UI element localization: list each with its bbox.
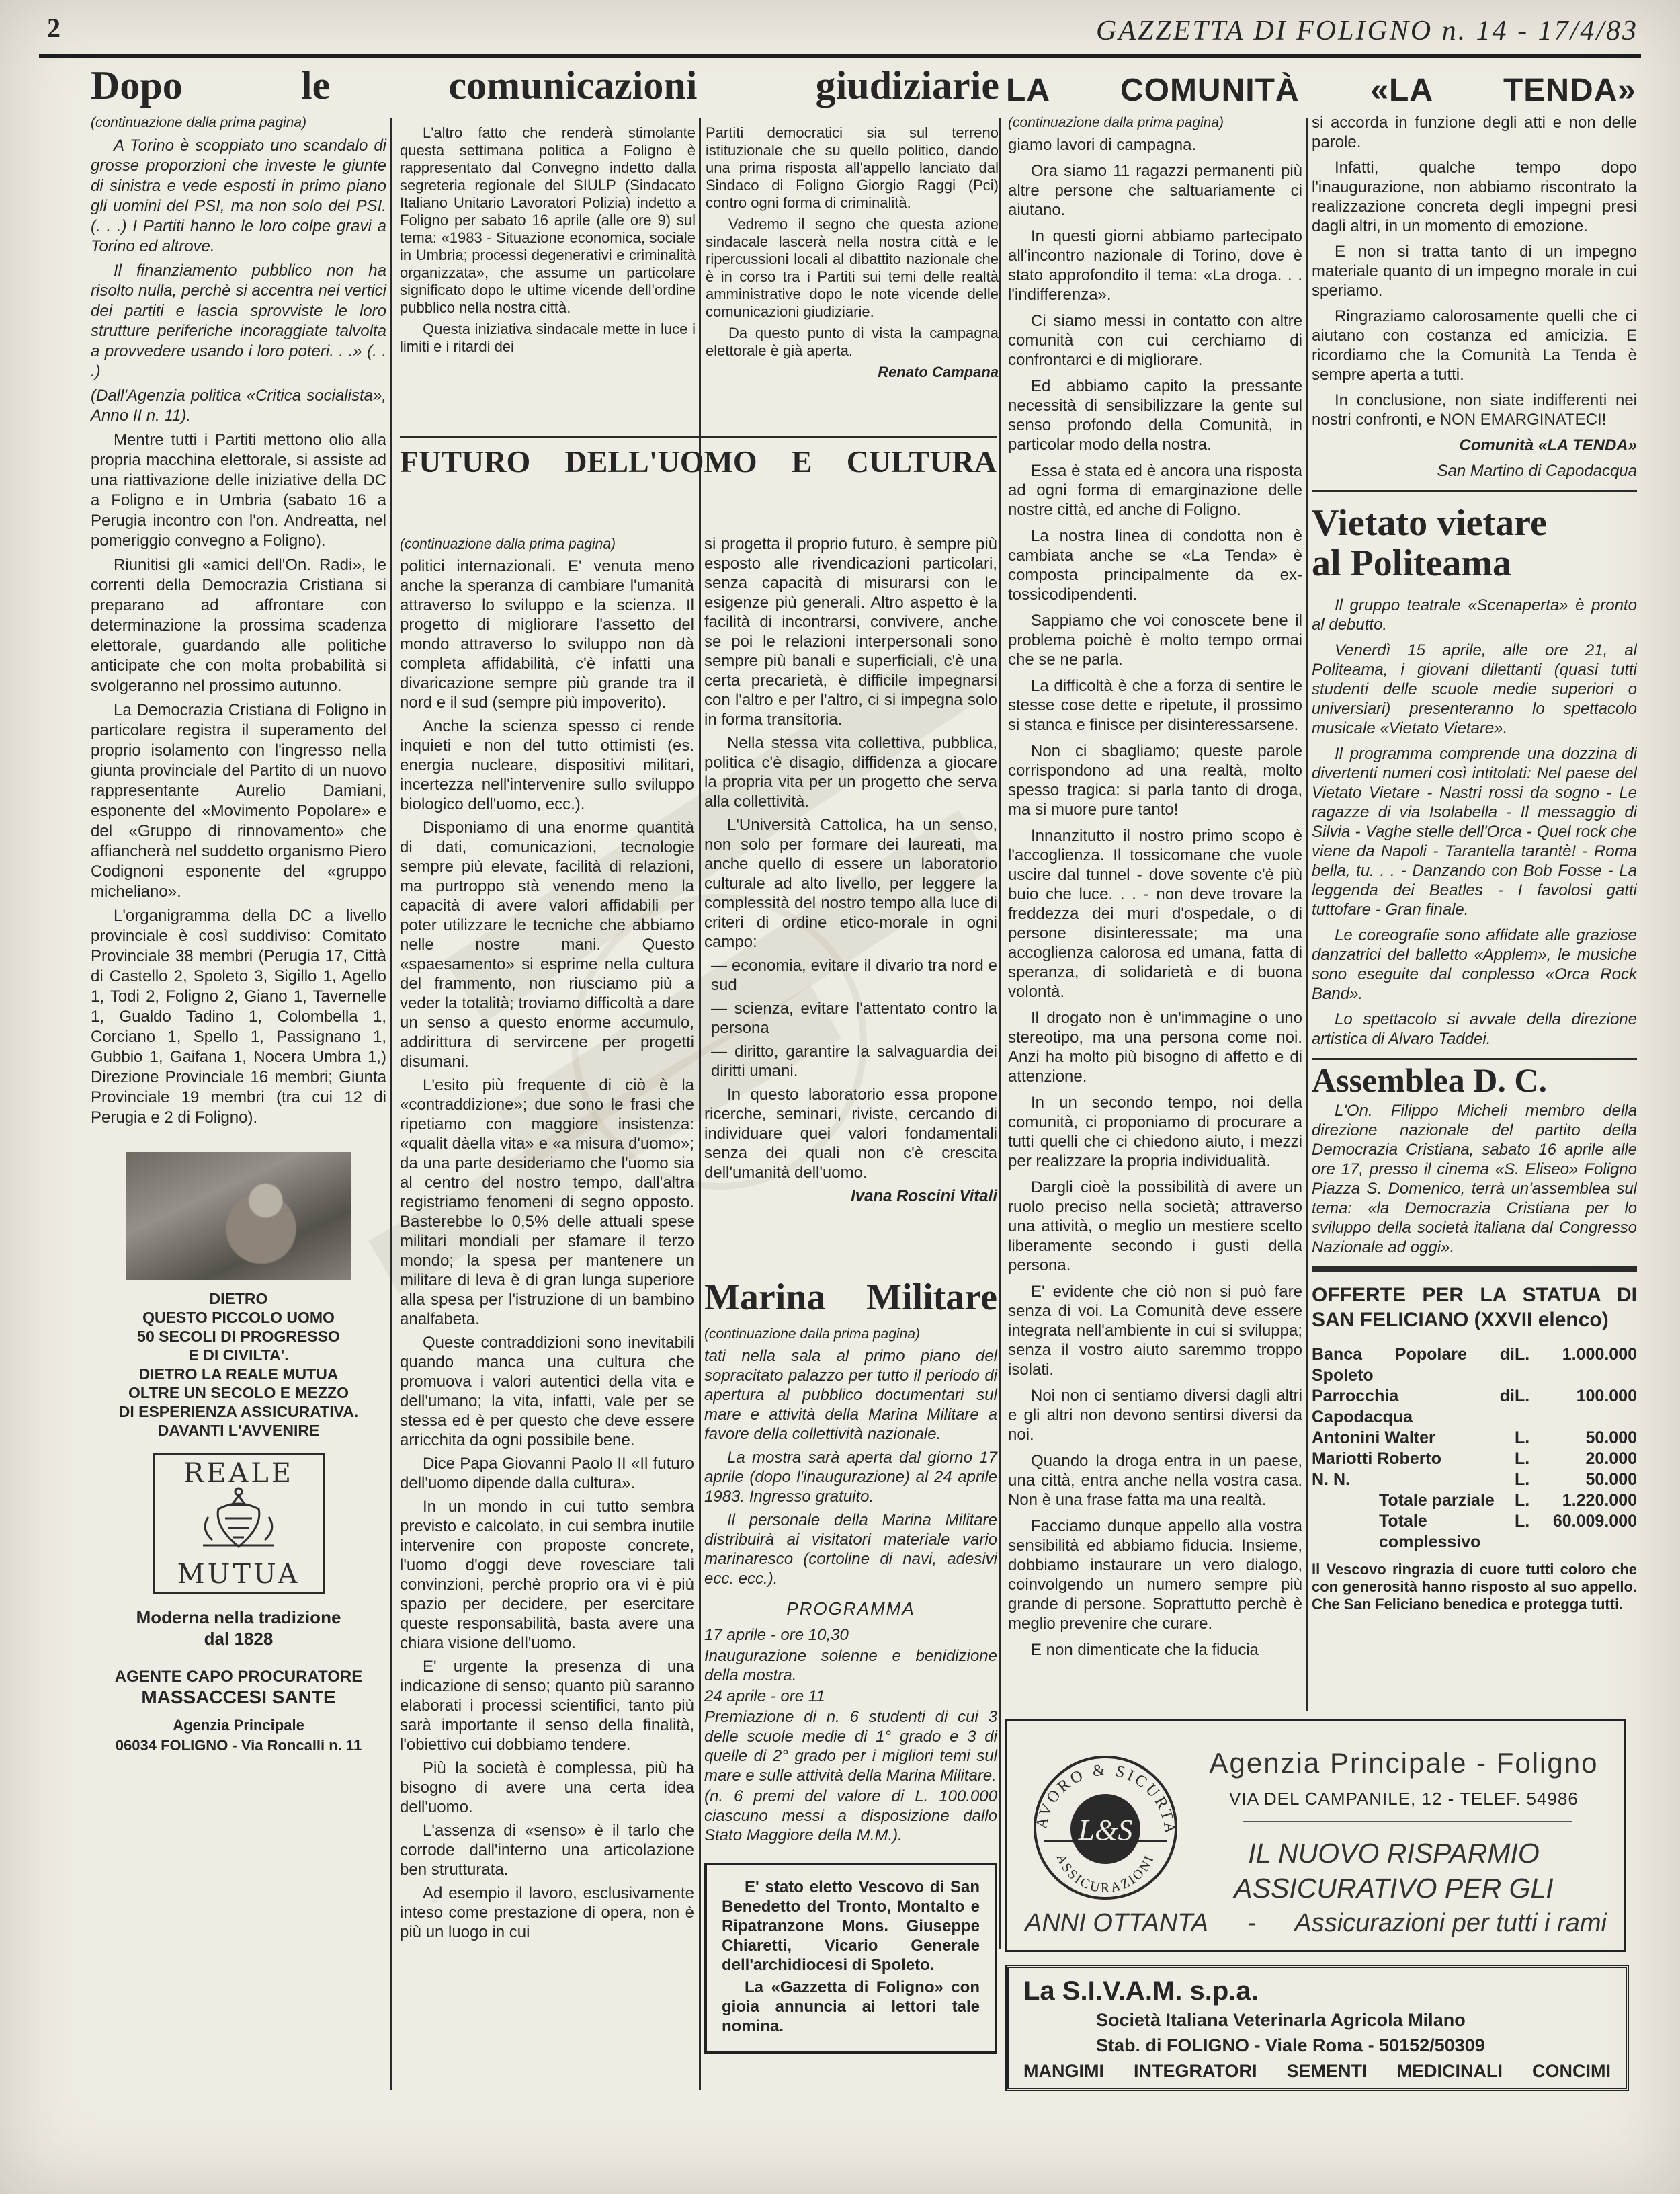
vescovo-announcement-box: E' stato eletto Vescovo di San Benedetto… [704,1863,997,2054]
paragraph: In un mondo in cui tutto sembra previsto… [400,1497,694,1653]
article-body: tati nella sala al primo piano del sopra… [704,1346,997,1588]
ls-agency-address: VIA DEL CAMPANILE, 12 - TELEF. 54986 [1202,1789,1605,1810]
paragraph: E' evidente che ciò non si può fare senz… [1008,1282,1302,1379]
section-rule [1312,1058,1637,1060]
paragraph: L'Università Cattolica, ha un senso, non… [704,815,997,952]
paragraph: si accorda in funzione degli atti e non … [1312,113,1637,152]
paragraph: Anche la scienza spesso ci rende inquiet… [400,717,694,814]
paragraph: — economia, evitare il divario tra nord … [704,956,997,995]
ls-slogan-line: ASSICURATIVO PER GLI [1175,1871,1612,1906]
paragraph: Nella stessa vita collettiva, pubblica, … [704,733,997,811]
sivam-product: CONCIMI [1532,2061,1611,2082]
ls-slogan-line: IL NUOVO RISPARMIO [1175,1836,1612,1871]
reale-wordmark: REALE [161,1463,316,1484]
paragraph: E non si tratta tanto di un impegno mate… [1312,242,1637,300]
masthead: GAZZETTA DI FOLIGNO n. 14 - 17/4/83 [1096,15,1638,47]
ls-bottom-left: ANNI OTTANTA [1025,1909,1208,1938]
paragraph: Più la società è complessa, più ha bisog… [400,1758,694,1817]
amount: 20.000 [1546,1449,1637,1469]
reale-crest-icon [188,1486,289,1556]
mutua-wordmark: MUTUA [161,1564,316,1584]
paragraph: (Dall'Agenzia politica «Critica socialis… [91,386,386,426]
column-divider [390,118,392,2090]
section-rule-futuro [400,436,997,438]
paragraph: L'On. Filippo Micheli membro della direz… [1312,1101,1637,1257]
programma-line: 24 aprile - ore 11 [704,1687,997,1706]
paragraph: Mentre tutti i Partiti mettono olio alla… [91,430,386,551]
paragraph: La Democrazia Cristiana di Foligno in pa… [91,700,386,902]
paragraph: Ci siamo messi in contatto con altre com… [1008,311,1302,370]
paragraph: Noi non ci sentiamo diversi dagli altri … [1008,1386,1302,1445]
continuation-note: (continuazione dalla prima pagina) [1008,113,1302,132]
headline-futuro: FUTURO DELL'UOMO E CULTURA [400,444,997,479]
ad-copy-line: DI ESPERIENZA ASSICURATIVA. [91,1402,386,1421]
amount: 100.000 [1546,1386,1637,1428]
paragraph: Disponiamo di una enorme quantità di dat… [400,818,694,1071]
paragraph: Innanzitutto il nostro primo scopo è l'a… [1008,826,1302,1002]
programma-line: Inaugurazione solenne e benidizione dell… [704,1646,997,1685]
paragraph: La nostra linea di condotta non è cambia… [1008,526,1302,604]
currency: L. [1515,1428,1546,1449]
offerte-row: Antonini Walter L. 50.000 [1312,1428,1637,1449]
paragraph: In un secondo tempo, noi della comunità,… [1008,1093,1302,1171]
sivam-product: MANGIMI [1023,2061,1104,2082]
paragraph: Lo spettacolo si avvale della direzione … [1312,1010,1637,1049]
column-divider [1306,118,1308,1711]
paragraph: Comunità «LA TENDA» [1312,436,1637,455]
article-futuro-right: si progetta il proprio futuro, è sempre … [704,534,997,1210]
paragraph: La difficoltà è che a forza di sentire l… [1008,676,1302,735]
section-rule [1312,490,1637,492]
paragraph: Ora siamo 11 ragazzi permanenti più altr… [1008,161,1302,220]
currency: L. [1515,1490,1546,1511]
programma-heading: PROGRAMMA [704,1599,997,1619]
paragraph: Venerdì 15 aprile, alle ore 21, al Polit… [1312,641,1637,738]
column-divider [999,118,1001,1949]
paragraph: Ed abbiamo capito la pressante necessità… [1008,376,1302,454]
paragraph: Il drogato non è un'immagine o uno stere… [1008,1008,1302,1086]
paragraph: Il gruppo teatrale «Scenaperta» è pronto… [1312,596,1637,635]
article-giudiziarie-col3: Partiti democratici sia sul terreno isti… [706,124,999,385]
child-photo [126,1152,351,1280]
offerte-note: Il Vescovo ringrazia di cuore tutti colo… [1312,1561,1637,1613]
reale-mutua-logo-box: REALE MUTUA [153,1453,325,1594]
paragraph: Facciamo dunque appello alla vostra sens… [1008,1516,1302,1633]
ls-monogram: L&S [1078,1814,1133,1846]
paragraph: Sappiamo che voi conoscete bene il probl… [1008,611,1302,669]
paragraph: A Torino è scoppiato uno scandalo di gro… [91,136,386,257]
article-assemblea-body: L'On. Filippo Micheli membro della direz… [1312,1101,1637,1257]
headline-line: al Politeama [1312,543,1637,583]
ls-logo-icon: LAVORO & SICURTA' ASSICURAZIONI L&S [1025,1740,1186,1915]
currency: L. [1515,1469,1546,1490]
offerte-title: OFFERTE PER LA STATUA DI SAN FELICIANO (… [1312,1283,1637,1332]
continuation-note: (continuazione dalla prima pagina) [400,534,694,554]
paragraph: Ad esempio il lavoro, esclusivamente int… [400,1883,694,1942]
sivam-product: INTEGRATORI [1134,2061,1257,2082]
offerte-table: Banca Popolare di Spoleto L. 1.000.000 P… [1312,1344,1637,1553]
article-body: si progetta il proprio futuro, è sempre … [704,534,997,1206]
paragraph: Renato Campana [706,364,999,381]
section-rule-thick [1312,1266,1637,1272]
headline-giudiziarie: Dopo le comunicazioni giudiziarie [91,62,999,109]
paragraph: Queste contraddizioni sono inevitabili q… [400,1333,694,1450]
paragraph: politici internazionali. E' venuta meno … [400,557,694,713]
paragraph: L'esito più frequente di ciò è la «contr… [400,1075,694,1329]
paragraph: Dargli cioè la possibilità di avere un r… [1008,1178,1302,1275]
amount: 50.000 [1546,1428,1637,1449]
article-body: A Torino è scoppiato uno scandalo di gro… [91,136,386,1128]
amount: 1.000.000 [1546,1344,1637,1386]
donor-name: Antonini Walter [1312,1428,1515,1449]
donor-name: Totale parziale [1312,1490,1515,1511]
amount: 1.220.000 [1546,1490,1637,1511]
paragraph: Ivana Roscini Vitali [704,1186,997,1206]
paragraph: Vedremo il segno che questa azione sinda… [706,216,999,321]
ad-copy-line: E DI CIVILTA'. [91,1346,386,1365]
ad-copy-line: DAVANTI L'AVVENIRE [91,1421,386,1440]
sivam-products: MANGIMIINTEGRATORISEMENTIMEDICINALICONCI… [1023,2061,1611,2082]
article-tenda-col1: (continuazione dalla prima pagina) giamo… [1008,113,1302,1713]
headline-vietato: Vietato vietare al Politeama [1312,503,1637,583]
offerte-row: N. N. L. 50.000 [1312,1469,1637,1490]
paragraph: Riunitisi gli «amici dell'On. Radi», le … [91,555,386,696]
ls-bottom-right: Assicurazioni per tutti i rami [1294,1909,1607,1938]
currency: L. [1515,1386,1546,1428]
offerte-row: Totale parziale L. 1.220.000 [1312,1490,1637,1511]
ls-divider [1243,1821,1572,1822]
lavoro-sicurta-ad: LAVORO & SICURTA' ASSICURAZIONI L&S Agen… [1005,1719,1626,1952]
programma-line: (n. 6 premi del valore di L. 100.000 cia… [704,1787,997,1845]
paragraph: In questo laboratorio essa propone ricer… [704,1085,997,1182]
agency-address: 06034 FOLIGNO - Via Roncalli n. 11 [91,1736,386,1756]
paragraph: In conclusione, non siate indifferenti n… [1312,391,1637,430]
currency: L. [1515,1511,1546,1553]
header-rule [39,54,1641,58]
paragraph: Da questo punto di vista la campagna ele… [706,325,999,360]
paragraph: Dice Papa Giovanni Paolo II «Il futuro d… [400,1454,694,1493]
headline-tenda: LA COMUNITÀ «LA TENDA» [1006,73,1636,109]
paragraph: giamo lavori di campagna. [1008,135,1302,155]
ad-copy-line: DIETRO [91,1289,386,1308]
sivam-ad: La S.I.V.A.M. s.p.a. Società Italiana Ve… [1005,1965,1629,2091]
ad-copy-line: 50 SECOLI DI PROGRESSO [91,1327,386,1346]
paragraph: Questa iniziativa sindacale mette in luc… [400,321,696,356]
ad-copy-line: DIETRO LA REALE MUTUA [91,1365,386,1383]
continuation-note: (continuazione dalla prima pagina) [91,113,386,133]
agent-role: AGENTE CAPO PROCURATORE [91,1667,386,1687]
reale-mutua-ad: DIETROQUESTO PICCOLO UOMO50 SECOLI DI PR… [91,1152,386,1756]
article-body: L'altro fatto che renderà stimolante que… [400,124,696,356]
article-vietato-body: Il gruppo teatrale «Scenaperta» è pronto… [1312,596,1637,1049]
programma-list: 17 aprile - ore 10,30Inaugurazione solen… [704,1625,997,1845]
paragraph: E' stato eletto Vescovo di San Benedetto… [722,1877,980,1975]
offerte-row: Mariotti Roberto L. 20.000 [1312,1449,1637,1469]
paragraph: L'organigramma della DC a livello provin… [91,906,386,1128]
paragraph: Ringraziamo calorosamente quelli che ci … [1312,307,1637,384]
agent-name: MASSACCESI SANTE [91,1687,386,1707]
donor-name: N. N. [1312,1469,1515,1490]
reale-tagline-year: dal 1828 [91,1628,386,1650]
paragraph: si progetta il proprio futuro, è sempre … [704,534,997,729]
ls-bottom-sep: - [1247,1909,1256,1938]
column-divider [699,118,701,2090]
programma-line: Premiazione di n. 6 studenti di cui 3 de… [704,1707,997,1785]
paragraph: — scienza, evitare l'attentato contro la… [704,999,997,1038]
currency: L. [1515,1449,1546,1469]
box-body: E' stato eletto Vescovo di San Benedetto… [722,1877,980,2036]
reale-tagline: Moderna nella tradizione [91,1607,386,1628]
donor-name: Banca Popolare di Spoleto [1312,1344,1515,1386]
paragraph: Il finanziamento pubblico non ha risolto… [91,261,386,382]
sivam-product: MEDICINALI [1396,2061,1503,2082]
donor-name: Totale complessivo [1312,1511,1515,1553]
article-marina: Marina Militare (continuazione dalla pri… [704,1277,997,2054]
paragraph: L'altro fatto che renderà stimolante que… [400,124,696,317]
donor-name: Mariotti Roberto [1312,1449,1515,1469]
amount: 60.009.000 [1546,1511,1637,1553]
paragraph: E non dimenticate che la fiducia [1008,1640,1302,1660]
offerte-row: Parrocchia di Capodacqua L. 100.000 [1312,1386,1637,1428]
page-number: 2 [47,12,60,44]
headline-assemblea: Assemblea D. C. [1312,1071,1637,1090]
paragraph: Infatti, qualche tempo dopo l'inaugurazi… [1312,158,1637,236]
programma-line: 17 aprile - ore 10,30 [704,1625,997,1645]
paragraph: Quando la droga entra in un paese, una c… [1008,1451,1302,1510]
sivam-name: La S.I.V.A.M. s.p.a. [1023,1976,1259,2006]
right-column: si accorda in funzione degli atti e non … [1312,113,1637,1715]
continuation-note: (continuazione dalla prima pagina) [704,1324,997,1344]
paragraph: Partiti democratici sia sul terreno isti… [706,124,999,212]
paragraph: L'assenza di «senso» è il tarlo che corr… [400,1821,694,1879]
headline-line: Vietato vietare [1312,503,1637,543]
sivam-subtitle: Società Italiana Veterinarla Agricola Mi… [1096,2010,1466,2031]
currency: L. [1515,1344,1546,1386]
headline-marina: Marina Militare [704,1277,997,1317]
paragraph: — diritto, garantire la salvaguardia dei… [704,1042,997,1081]
paragraph: San Martino di Capodacqua [1312,461,1637,481]
paragraph: La «Gazzetta di Foligno» con gioia annun… [722,1978,980,2036]
paragraph: tati nella sala al primo piano del sopra… [704,1346,997,1444]
offerte-row: Totale complessivo L. 60.009.000 [1312,1511,1637,1553]
article-body: giamo lavori di campagna.Ora siamo 11 ra… [1008,135,1302,1660]
amount: 50.000 [1546,1469,1637,1490]
paragraph: Essa è stata ed è ancora una risposta ad… [1008,461,1302,520]
paragraph: La mostra sarà aperta dal giorno 17 apri… [704,1448,997,1506]
agency-label: Agenzia Principale [91,1715,386,1736]
paragraph: Le coreografie sono affidate alle grazio… [1312,926,1637,1004]
newspaper-page: 2 GAZZETTA DI FOLIGNO n. 14 - 17/4/83 Do… [0,0,1680,2194]
article-body: politici internazionali. E' venuta meno … [400,557,694,1942]
ad-copy-line: OLTRE UN SECOLO E MEZZO [91,1383,386,1402]
ad-copy-line: QUESTO PICCOLO UOMO [91,1308,386,1327]
offerte-row: Banca Popolare di Spoleto L. 1.000.000 [1312,1344,1637,1386]
sivam-plant: Stab. di FOLIGNO - Viale Roma - 50152/50… [1096,2035,1485,2056]
article-body: Partiti democratici sia sul terreno isti… [706,124,999,381]
article-giudiziarie-col1: (continuazione dalla prima pagina) A Tor… [91,113,386,1756]
paragraph: In questi giorni abbiamo partecipato all… [1008,227,1302,304]
article-giudiziarie-col2: L'altro fatto che renderà stimolante que… [400,124,696,360]
sivam-product: SEMENTI [1286,2061,1367,2082]
donor-name: Parrocchia di Capodacqua [1312,1386,1515,1428]
article-futuro-left: (continuazione dalla prima pagina) polit… [400,534,694,2107]
paragraph: E' urgente la presenza di una indicazion… [400,1657,694,1754]
ls-agency-title: Agenzia Principale - Foligno [1202,1747,1605,1779]
paragraph: Il personale della Marina Militare distr… [704,1510,997,1588]
paragraph: Il programma comprende una dozzina di di… [1312,744,1637,920]
reale-ad-copy: DIETROQUESTO PICCOLO UOMO50 SECOLI DI PR… [91,1289,386,1440]
paragraph: Non ci sbagliamo; queste parole corrispo… [1008,741,1302,819]
article-tenda-col2: si accorda in funzione degli atti e non … [1312,113,1637,481]
